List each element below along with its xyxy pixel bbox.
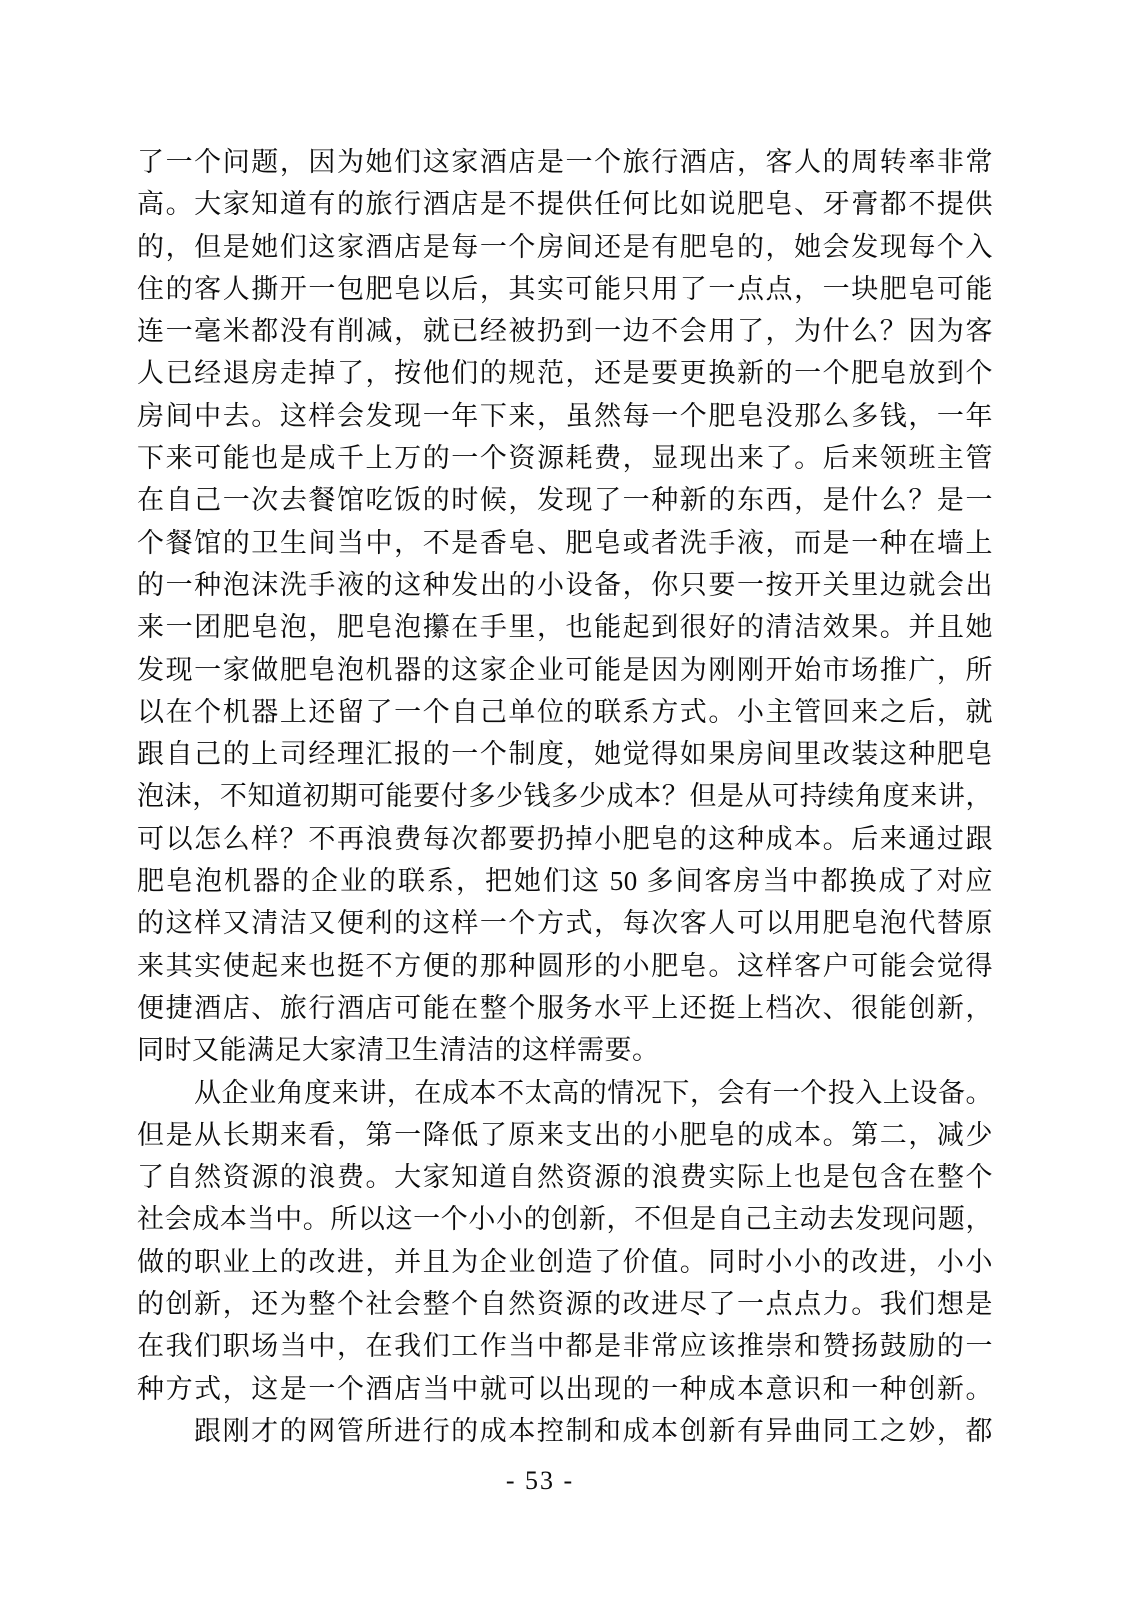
text-line: 从企业角度来讲，在成本不太高的情况下，会有一个投入上设备。 [137, 1072, 993, 1114]
text-line: 房间中去。这样会发现一年下来，虽然每一个肥皂没那么多钱，一年 [137, 395, 993, 437]
text-line: 社会成本当中。所以这一个小小的创新，不但是自己主动去发现问题， [137, 1198, 993, 1240]
text-line: 的一种泡沫洗手液的这种发出的小设备，你只要一按开关里边就会出 [137, 564, 993, 606]
text-line: 发现一家做肥皂泡机器的这家企业可能是因为刚刚开始市场推广，所 [137, 649, 993, 691]
text-line: 来其实使起来也挺不方便的那种圆形的小肥皂。这样客户可能会觉得 [137, 945, 993, 987]
text-line: 泡沫，不知道初期可能要付多少钱多少成本？但是从可持续角度来讲， [137, 775, 993, 817]
text-line: 但是从长期来看，第一降低了原来支出的小肥皂的成本。第二，减少 [137, 1114, 993, 1156]
page-footer: - 53 - [0, 1466, 1080, 1496]
text-line: 可以怎么样？不再浪费每次都要扔掉小肥皂的这种成本。后来通过跟 [137, 818, 993, 860]
text-line: 跟刚才的网管所进行的成本控制和成本创新有异曲同工之妙，都 [137, 1410, 993, 1452]
text-line: 连一毫米都没有削减，就已经被扔到一边不会用了，为什么？因为客 [137, 310, 993, 352]
text-line: 在我们职场当中，在我们工作当中都是非常应该推崇和赞扬鼓励的一 [137, 1325, 993, 1367]
text-line: 来一团肥皂泡，肥皂泡攥在手里，也能起到很好的清洁效果。并且她 [137, 606, 993, 648]
page-number: - 53 - [506, 1466, 574, 1495]
text-line: 同时又能满足大家清卫生清洁的这样需要。 [137, 1029, 993, 1071]
text-line: 肥皂泡机器的企业的联系，把她们这 50 多间客房当中都换成了对应 [137, 860, 993, 902]
text-line: 个餐馆的卫生间当中，不是香皂、肥皂或者洗手液，而是一种在墙上 [137, 522, 993, 564]
text-line: 在自己一次去餐馆吃饭的时候，发现了一种新的东西，是什么？是一 [137, 479, 993, 521]
text-line: 种方式，这是一个酒店当中就可以出现的一种成本意识和一种创新。 [137, 1368, 993, 1410]
document-page: 了一个问题，因为她们这家酒店是一个旅行酒店，客人的周转率非常高。大家知道有的旅行… [0, 0, 1131, 1600]
text-line: 高。大家知道有的旅行酒店是不提供任何比如说肥皂、牙膏都不提供 [137, 183, 993, 225]
text-line: 的，但是她们这家酒店是每一个房间还是有肥皂的，她会发现每个入 [137, 226, 993, 268]
text-line: 以在个机器上还留了一个自己单位的联系方式。小主管回来之后，就 [137, 691, 993, 733]
text-line: 做的职业上的改进，并且为企业创造了价值。同时小小的改进，小小 [137, 1241, 993, 1283]
text-line: 的创新，还为整个社会整个自然资源的改进尽了一点点力。我们想是 [137, 1283, 993, 1325]
text-line: 的这样又清洁又便利的这样一个方式，每次客人可以用肥皂泡代替原 [137, 902, 993, 944]
text-block: 了一个问题，因为她们这家酒店是一个旅行酒店，客人的周转率非常高。大家知道有的旅行… [137, 141, 993, 1452]
text-line: 了自然资源的浪费。大家知道自然资源的浪费实际上也是包含在整个 [137, 1156, 993, 1198]
text-line: 住的客人撕开一包肥皂以后，其实可能只用了一点点，一块肥皂可能 [137, 268, 993, 310]
text-line: 人已经退房走掉了，按他们的规范，还是要更换新的一个肥皂放到个 [137, 352, 993, 394]
text-line: 了一个问题，因为她们这家酒店是一个旅行酒店，客人的周转率非常 [137, 141, 993, 183]
text-line: 下来可能也是成千上万的一个资源耗费，显现出来了。后来领班主管 [137, 437, 993, 479]
text-line: 跟自己的上司经理汇报的一个制度，她觉得如果房间里改装这种肥皂 [137, 733, 993, 775]
text-line: 便捷酒店、旅行酒店可能在整个服务水平上还挺上档次、很能创新， [137, 987, 993, 1029]
